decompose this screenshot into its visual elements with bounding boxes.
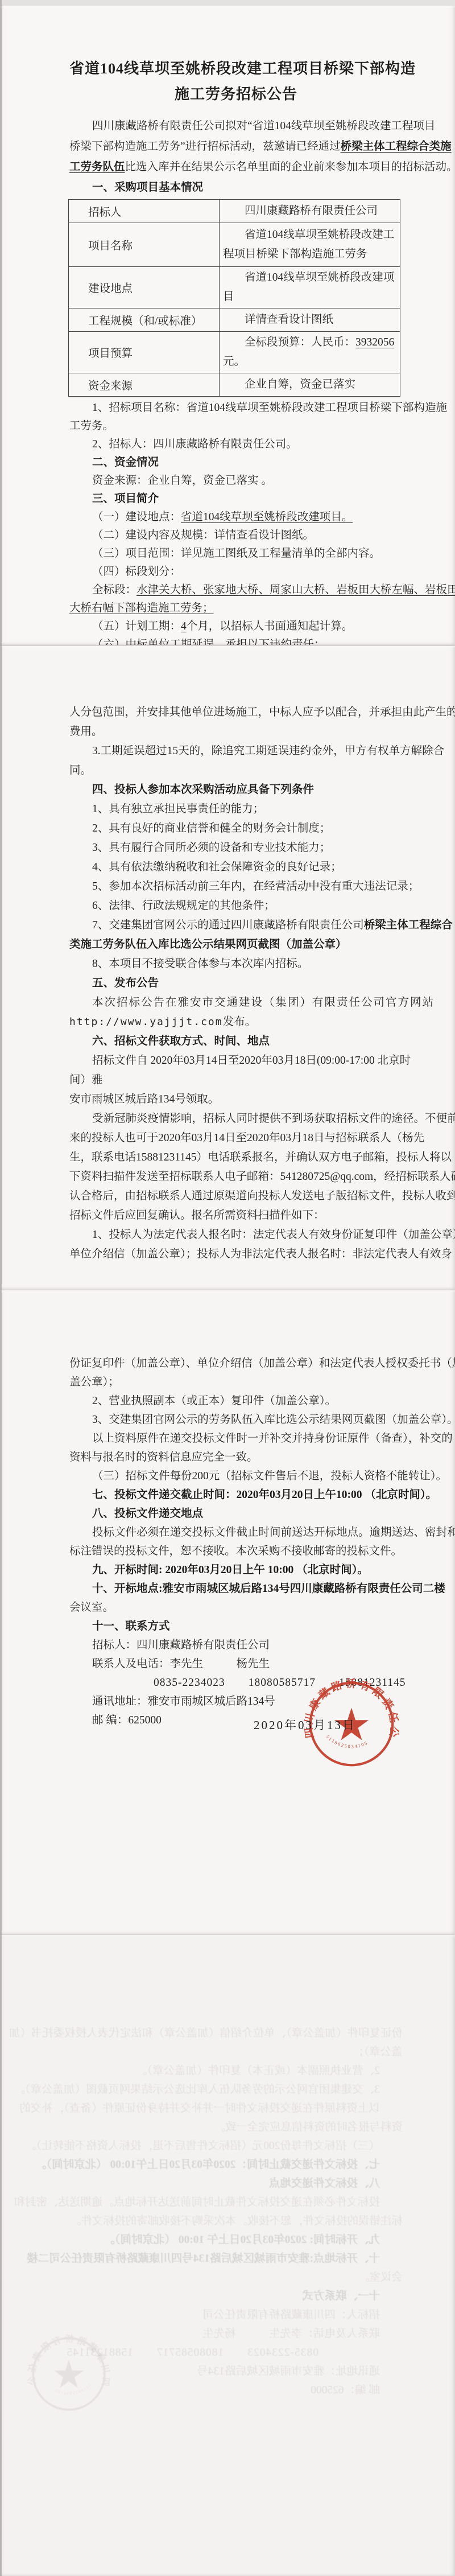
text-line: 盖公章）；: [69, 1373, 403, 1392]
text-line: 2、招标人：四川康藏路桥有限责任公司。: [69, 435, 403, 454]
text-line: 1、具有独立承担民事责任的能力；: [69, 800, 403, 819]
text-line: 通讯地址：雅安市雨城区城后路134号: [69, 2362, 403, 2381]
text-line: 二、资金情况: [69, 454, 403, 472]
document-page-2: 人分包范围，并安排其他单位进场施工，中标人应予以配合，并承担由此产生的费用。3.…: [0, 645, 455, 1290]
bleed-through-seal: 四川康藏路桥有限责任公司 5118025034105: [27, 2332, 110, 2415]
table-row-label: 招标人: [69, 200, 220, 223]
text-line: 3、具有履行合同所必须的设备和专业技术能力；: [69, 838, 403, 858]
text-line: 联系人及电话：李先生 杨先生: [69, 1655, 403, 1673]
text-line: 八、投标文件递交地点: [69, 2174, 403, 2193]
table-row-label: 资金来源: [69, 373, 220, 397]
text-line: 资料与报名时的资料信息应完全一致。: [69, 1448, 403, 1467]
text-line: 资料与报名时的资料信息应完全一致。: [69, 2118, 403, 2137]
text-line: 邮 编：625000: [69, 2381, 403, 2400]
text-line: 十、开标地点:雅安市雨城区城后路134号四川康藏路桥有限责任公司二楼: [69, 1579, 403, 1598]
text-line: 招标人：四川康藏路桥有限责任公司: [69, 1636, 403, 1655]
table-row-label: 工程规模（和/或标准）: [69, 308, 220, 332]
text-line: 受新冠肺炎疫情影响，招标人同时提供不到场获取招标文件的途径。不便前: [69, 1109, 403, 1129]
page3-body-text: 份证复印件（加盖公章）、单位介绍信（加盖公章）和法定代表人授权委托书（加盖公章）…: [69, 1354, 403, 1730]
text-line: 七、投标文件递交截止时间：2020年03月20日上午10:00 （北京时间）。: [69, 1485, 403, 1504]
text-line: 五、发布公告: [69, 974, 403, 993]
text-line: （三）招标文件每份200元（招标文件售后不退，投标人资格不能转让）。: [69, 2137, 403, 2155]
text-line: 认合格后，由招标联系人通过原渠道向投标人发送电子版招标文件，投标人收到: [69, 1187, 403, 1206]
text-line: 大桥右幅下部构造施工劳务；: [69, 599, 403, 618]
text-line: 3、交建集团官网公示的劳务队伍入库比选公示结果网页截图（加盖公章）。: [69, 1410, 403, 1429]
text-line: （二）建设内容及规模：详情查看设计图纸。: [69, 526, 403, 545]
text-line: 下资料扫描件发送至招标联系人电子邮箱：541280725@qq.com，经招标联…: [69, 1167, 403, 1187]
scan-left-edge: [0, 0, 2, 2576]
table-row-label: 项目预算: [69, 332, 220, 373]
text-line: 生，联系电话15881231145）电话联系报名，并确认双方电子邮箱，投标人将以: [69, 1148, 403, 1167]
text-line: （一）建设地点：省道104线草坝至姚桥段改建项目。: [69, 508, 403, 526]
text-line: 7、交建集团官网公示的通过四川康藏路桥有限责任公司桥梁主体工程综合: [69, 916, 403, 935]
text-line: （三）项目范围：详见施工图纸及工程量清单的全部内容。: [69, 545, 403, 563]
text-line: 安市雨城区城后路134号领取。: [69, 1090, 403, 1109]
text-line: 本次招标公告在雅安市交通建设（集团）有限责任公司官方网站: [69, 993, 403, 1013]
text-line: 标注错误的投标文件，恕不接收。本次采购不接收邮寄的投标文件。: [69, 2212, 403, 2231]
text-line: 以上资料原件在递交投标文件时一并补交并持身份证原件（备查），补交的: [69, 1429, 403, 1448]
text-line: （五）计划工期：4个月，以招标人书面通知起计算。: [69, 618, 403, 636]
intro-paragraph: 四川康藏路桥有限责任公司拟对“省道104线草坝至姚桥段改建工程项目桥梁下部构造施…: [69, 116, 403, 198]
document-title-line-1: 省道104线草坝至姚桥段改建工程项目桥梁下部构造: [69, 56, 403, 81]
text-line: 份证复印件（加盖公章）、单位介绍信（加盖公章）和法定代表人授权委托书（加: [69, 2024, 403, 2043]
table-row-value: 省道104线草坝至姚桥段改建工程项目桥梁下部构造施工劳务: [220, 223, 400, 267]
text-line: 投标文件必须在递交投标文件截止时间前送达开标地点。逾期送达、密封和: [69, 2193, 403, 2212]
text-line: 工劳务队伍比选入库并在结果公示名单里面的企业前来参加本项目的招标活动。: [69, 157, 403, 178]
text-line: （三）招标文件每份200元（招标文件售后不退，投标人资格不能转让）。: [69, 1467, 403, 1485]
text-line: 0835-2234023 18080585717 15881231145: [69, 2343, 403, 2362]
text-line: 联系人及电话：李先生 杨先生: [69, 2324, 403, 2343]
table-row-value: 四川康藏路桥有限责任公司: [220, 200, 400, 223]
text-line: 份证复印件（加盖公章）、单位介绍信（加盖公章）和法定代表人授权委托书（加: [69, 1354, 403, 1373]
bleed-through-text: 份证复印件（加盖公章）、单位介绍信（加盖公章）和法定代表人授权委托书（加盖公章）…: [0, 1935, 455, 2400]
svg-text:5118025034105: 5118025034105: [325, 1734, 369, 1750]
text-line: 单位介绍信（加盖公章）；投标人为非法定代表人报名时：非法定代表人有效身: [69, 1245, 403, 1264]
text-line: 十一、联系方式: [69, 2287, 403, 2306]
text-line: 七、投标文件递交截止时间：2020年03月20日上午10:00 （北京时间）。: [69, 2155, 403, 2174]
page2-body-text: 人分包范围，并安排其他单位进场施工，中标人应予以配合，并承担由此产生的费用。3.…: [69, 703, 403, 1264]
text-line: 人分包范围，并安排其他单位进场施工，中标人应予以配合，并承担由此产生的: [69, 703, 403, 722]
text-line: 会议室。: [69, 1598, 403, 1617]
text-line: 投标文件必须在递交投标文件截止时间前送达开标地点。逾期送达、密封和: [69, 1523, 403, 1542]
table-row-label: 项目名称: [69, 223, 220, 267]
text-line: 2、营业执照副本（或正本）复印件（加盖公章）。: [69, 2061, 403, 2080]
table-row-value: 企业自筹，资金已落实: [220, 373, 400, 397]
text-line: 8、本项目不接受联合体参与本次库内招标。: [69, 954, 403, 974]
text-line: 来的投标人也可于2020年03月14日至2020年03月18日与招标联系人（杨先: [69, 1129, 403, 1148]
text-line: 十、开标地点:雅安市雨城区城后路134号四川康藏路桥有限责任公司二楼: [69, 2249, 403, 2268]
text-line: 同。: [69, 761, 403, 780]
text-line: 招标文件后应回复确认。报名所需资料扫描件如下：: [69, 1206, 403, 1225]
text-line: 1、投标人为法定代表人报名时：法定代表人有效身份证复印件（加盖公章）、: [69, 1225, 403, 1245]
issue-date-stamp: 2020年03月13日: [254, 1716, 356, 1733]
text-line: 费用。: [69, 722, 403, 742]
document-page-4: 份证复印件（加盖公章）、单位介绍信（加盖公章）和法定代表人授权委托书（加盖公章）…: [0, 1935, 455, 2576]
text-line: http://www.yajjjt.com发布。: [69, 1013, 403, 1032]
text-line: 全标段：水津关大桥、张家地大桥、周家山大桥、岩板田大桥左幅、岩板田: [69, 581, 403, 599]
text-line: 5、参加本次招标活动前三年内，在经营活动中没有重大违法记录；: [69, 877, 403, 896]
page1-body-text: 1、招标项目名称：省道104线草坝至姚桥段改建工程项目桥梁下部构造施工劳务。2、…: [69, 399, 403, 645]
document-page-3: 份证复印件（加盖公章）、单位介绍信（加盖公章）和法定代表人授权委托书（加盖公章）…: [0, 1290, 455, 1935]
text-line: 工劳务。: [69, 417, 403, 435]
table-row-value: 省道104线草坝至姚桥段改建项目: [220, 267, 400, 308]
text-line: 2、具有良好的商业信誉和健全的财务会计制度；: [69, 819, 403, 838]
text-line: 6、法律、行政法规规定的其他条件；: [69, 896, 403, 916]
text-line: 九、开标时间: 2020年03月20日上午 10:00 （北京时间）。: [69, 1561, 403, 1579]
text-line: 标注错误的投标文件，恕不接收。本次采购不接收邮寄的投标文件。: [69, 1542, 403, 1561]
text-line: 招标人：四川康藏路桥有限责任公司: [69, 2306, 403, 2324]
text-line: 四川康藏路桥有限责任公司拟对“省道104线草坝至姚桥段改建工程项目: [69, 116, 403, 137]
text-line: 四、投标人参加本次采购活动应具备下列条件: [69, 780, 403, 800]
text-line: 九、开标时间: 2020年03月20日上午 10:00 （北京时间）。: [69, 2231, 403, 2249]
document-page-1: 省道104线草坝至姚桥段改建工程项目桥梁下部构造 施工劳务招标公告 四川康藏路桥…: [0, 6, 455, 645]
project-info-table: 招标人四川康藏路桥有限责任公司项目名称省道104线草坝至姚桥段改建工程项目桥梁下…: [68, 199, 400, 397]
text-line: 间）雅: [69, 1071, 403, 1090]
text-line: 三、项目简介: [69, 490, 403, 508]
table-row-value: 详情查看设计图纸: [220, 308, 400, 332]
seal-star-icon: [54, 2360, 84, 2388]
table-row-value: 全标段预算：人民币：3932056元。: [220, 332, 400, 373]
text-line: 以上资料原件在递交投标文件时一并补交并持身份证原件（备查），补交的: [69, 2099, 403, 2118]
scanned-bid-announcement: { "document_title": "省道104线草坝至姚桥段改建工程项目桥…: [0, 0, 455, 2576]
text-line: 1、招标项目名称：省道104线草坝至姚桥段改建工程项目桥梁下部构造施: [69, 399, 403, 417]
svg-text:5118025034105: 5118025034105: [53, 2382, 92, 2396]
text-line: 资金来源：企业自筹，资金已落实 。: [69, 472, 403, 490]
scan-top-strip: [0, 0, 455, 6]
text-line: 3、交建集团官网公示的劳务队伍入库比选公示结果网页截图（加盖公章）。: [69, 2080, 403, 2099]
text-line: （四）标段划分：: [69, 563, 403, 581]
text-line: 招标文件自 2020年03月14日至2020年03月18日(09:00-17:0…: [69, 1051, 403, 1071]
text-line: 六、招标文件获取方式、时间、地点: [69, 1032, 403, 1051]
text-line: 类施工劳务队伍入库比选公示结果网页截图（加盖公章）: [69, 935, 403, 954]
text-line: 盖公章）；: [69, 2043, 403, 2061]
document-title-line-2: 施工劳务招标公告: [69, 81, 403, 107]
text-line: 十一、联系方式: [69, 1617, 403, 1636]
text-line: 3.工期延误超过15天的，除追究工期延误违约金外，甲方有权单方解除合: [69, 742, 403, 761]
text-line: 4、具有依法缴纳税收和社会保障资金的良好记录；: [69, 858, 403, 877]
text-line: 桥梁下部构造施工劳务”进行招标活动，兹邀请已经通过桥梁主体工程综合类施: [69, 137, 403, 157]
text-line: （六）中标单位工期延误，承担以下违约责任：: [69, 636, 403, 645]
text-line: 一、采购项目基本情况: [69, 178, 403, 198]
text-line: 会议室。: [69, 2268, 403, 2287]
text-line: 2、营业执照副本（或正本）复印件（加盖公章）。: [69, 1392, 403, 1410]
table-row-label: 建设地点: [69, 267, 220, 308]
text-line: 八、投标文件递交地点: [69, 1504, 403, 1523]
